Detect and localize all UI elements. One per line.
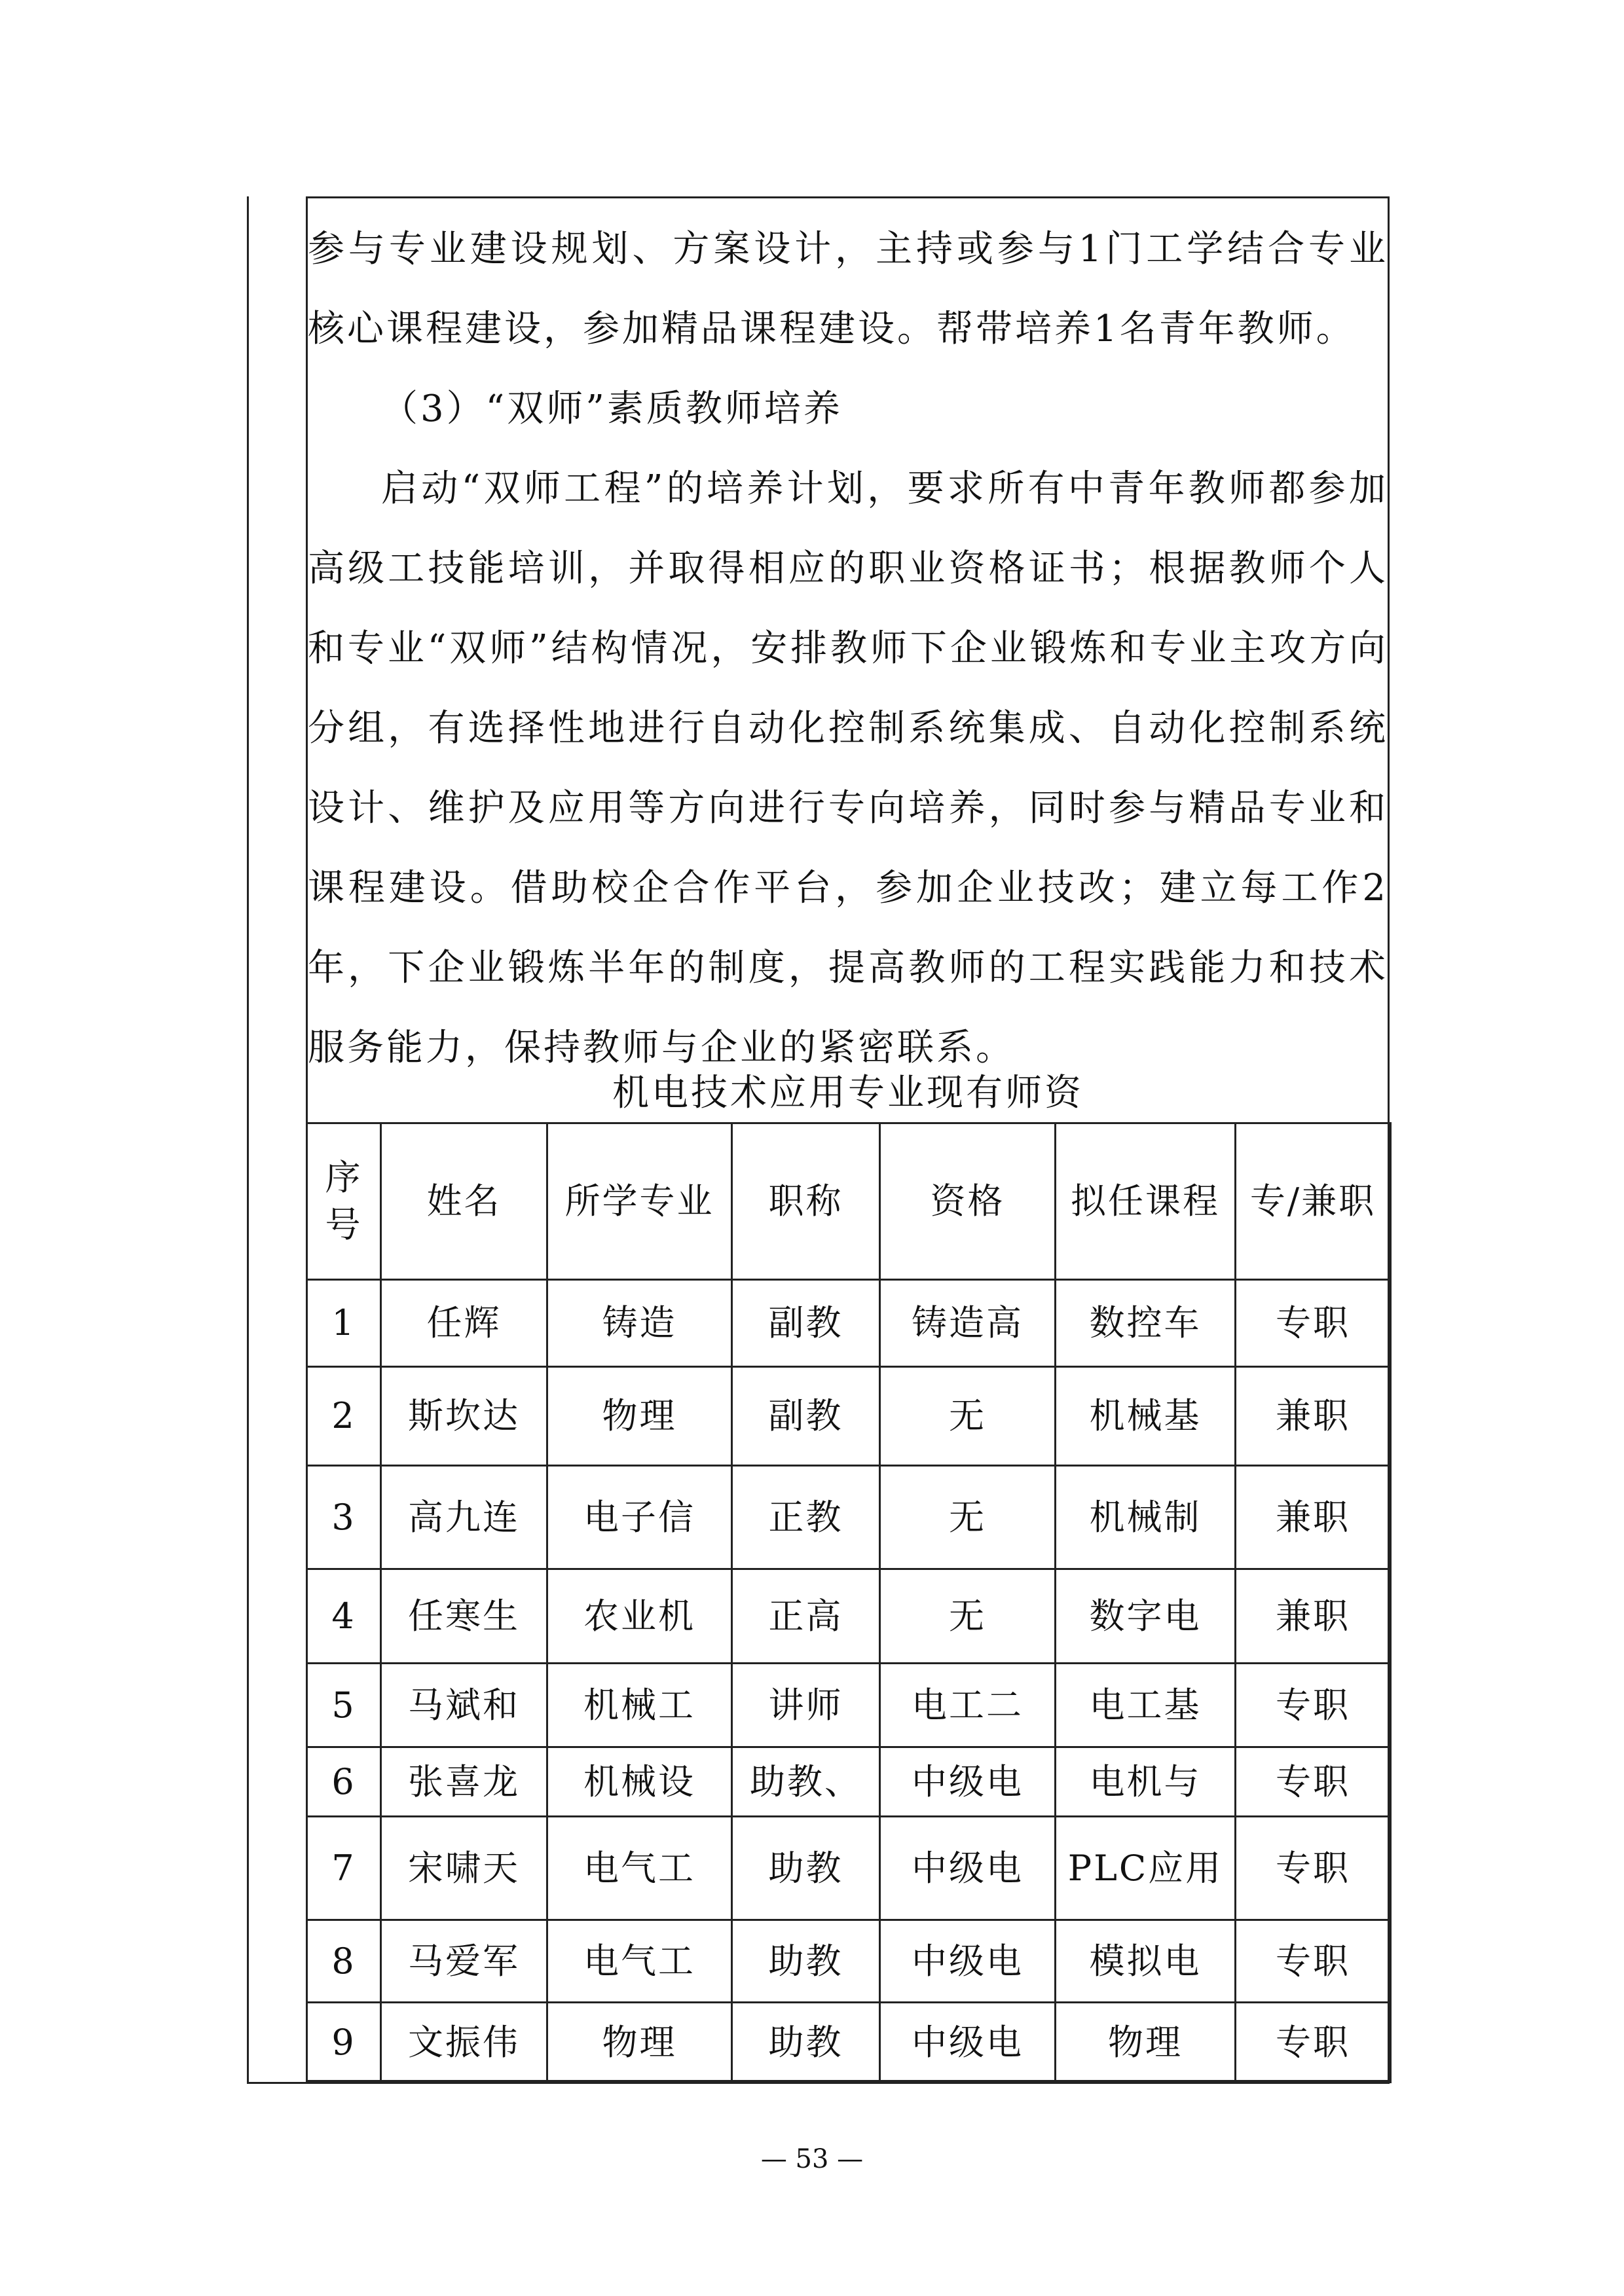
table-row: 8马爱军电气工助教中级电模拟电专职 bbox=[307, 1920, 1391, 2003]
cell: 农业机 bbox=[547, 1569, 732, 1664]
cell: 张喜龙 bbox=[381, 1747, 547, 1817]
cell: 任寒生 bbox=[381, 1569, 547, 1664]
cell: 正教 bbox=[732, 1466, 880, 1569]
cell: 副教 bbox=[732, 1367, 880, 1466]
cell: 电工二 bbox=[880, 1664, 1056, 1747]
cell: 任辉 bbox=[381, 1280, 547, 1367]
cell: 2 bbox=[307, 1367, 381, 1466]
cell: 专职 bbox=[1236, 1280, 1391, 1367]
cell: 兼职 bbox=[1236, 1466, 1391, 1569]
cell: 机械制 bbox=[1056, 1466, 1236, 1569]
cell: 物理 bbox=[547, 1367, 732, 1466]
cell: 机械设 bbox=[547, 1747, 732, 1817]
cell: 机械工 bbox=[547, 1664, 732, 1747]
cell: 6 bbox=[307, 1747, 381, 1817]
cell: 电机与 bbox=[1056, 1747, 1236, 1817]
cell: 8 bbox=[307, 1920, 381, 2003]
cell: 助教 bbox=[732, 2003, 880, 2083]
cell: 机械基 bbox=[1056, 1367, 1236, 1466]
table-row: 5马斌和机械工讲师电工二电工基专职 bbox=[307, 1664, 1391, 1747]
cell: 铸造高 bbox=[880, 1280, 1056, 1367]
header-cell: 职称 bbox=[732, 1123, 880, 1280]
section-heading: （3）“双师”素质教师培养 bbox=[308, 369, 1388, 449]
cell: 助教、 bbox=[732, 1747, 880, 1817]
cell: 无 bbox=[880, 1466, 1056, 1569]
cell: 助教 bbox=[732, 1817, 880, 1920]
cell: 专职 bbox=[1236, 1664, 1391, 1747]
cell: 中级电 bbox=[880, 2003, 1056, 2083]
table-title: 机电技术应用专业现有师资 bbox=[308, 1064, 1388, 1116]
cell: 兼职 bbox=[1236, 1569, 1391, 1664]
cell: 无 bbox=[880, 1367, 1056, 1466]
cell: 电工基 bbox=[1056, 1664, 1236, 1747]
cell: 兼职 bbox=[1236, 1367, 1391, 1466]
cell: 7 bbox=[307, 1817, 381, 1920]
cell: 数字电 bbox=[1056, 1569, 1236, 1664]
cell: 正高 bbox=[732, 1569, 880, 1664]
cell: 专职 bbox=[1236, 1920, 1391, 2003]
cell: 中级电 bbox=[880, 1817, 1056, 1920]
cell: 专职 bbox=[1236, 1747, 1391, 1817]
page-number: — 53 — bbox=[0, 2144, 1624, 2174]
header-cell: 姓名 bbox=[381, 1123, 547, 1280]
header-cell: 资格 bbox=[880, 1123, 1056, 1280]
cell: 中级电 bbox=[880, 1920, 1056, 2003]
cell: 宋啸天 bbox=[381, 1817, 547, 1920]
paragraph-1: 参与专业建设规划、方案设计，主持或参与1门工学结合专业核心课程建设，参加精品课程… bbox=[308, 210, 1388, 369]
cell: 9 bbox=[307, 2003, 381, 2083]
cell: 斯坎达 bbox=[381, 1367, 547, 1466]
cell: 1 bbox=[307, 1280, 381, 1367]
cell: 马爱军 bbox=[381, 1920, 547, 2003]
cell: 4 bbox=[307, 1569, 381, 1664]
table-header-row: 序号 姓名 所学专业 职称 资格 拟任课程 专/兼职 bbox=[307, 1123, 1391, 1280]
cell: 电子信 bbox=[547, 1466, 732, 1569]
cell: 高九连 bbox=[381, 1466, 547, 1569]
cell: 电气工 bbox=[547, 1920, 732, 2003]
cell: 助教 bbox=[732, 1920, 880, 2003]
header-cell: 所学专业 bbox=[547, 1123, 732, 1280]
cell: 中级电 bbox=[880, 1747, 1056, 1817]
table-row: 9文振伟物理助教中级电物理专职 bbox=[307, 2003, 1391, 2083]
cell: 专职 bbox=[1236, 2003, 1391, 2083]
table-row: 4任寒生农业机正高无数字电兼职 bbox=[307, 1569, 1391, 1664]
cell: 数控车 bbox=[1056, 1280, 1236, 1367]
cell: 5 bbox=[307, 1664, 381, 1747]
paragraph-2: 启动“双师工程”的培养计划，要求所有中青年教师都参加高级工技能培训，并取得相应的… bbox=[308, 449, 1388, 1088]
table-row: 3高九连电子信正教无机械制兼职 bbox=[307, 1466, 1391, 1569]
table-row: 1任辉铸造副教铸造高数控车专职 bbox=[307, 1280, 1391, 1367]
cell: 副教 bbox=[732, 1280, 880, 1367]
cell: 马斌和 bbox=[381, 1664, 547, 1747]
cell: 物理 bbox=[1056, 2003, 1236, 2083]
table-row: 6张喜龙机械设助教、中级电电机与专职 bbox=[307, 1747, 1391, 1817]
cell: 物理 bbox=[547, 2003, 732, 2083]
header-cell: 专/兼职 bbox=[1236, 1123, 1391, 1280]
cell: 电气工 bbox=[547, 1817, 732, 1920]
cell: 讲师 bbox=[732, 1664, 880, 1747]
cell: 模拟电 bbox=[1056, 1920, 1236, 2003]
table-row: 7宋啸天电气工助教中级电PLC应用专职 bbox=[307, 1817, 1391, 1920]
header-cell: 序号 bbox=[307, 1123, 381, 1280]
left-margin-line bbox=[247, 196, 249, 2083]
cell: PLC应用 bbox=[1056, 1817, 1236, 1920]
cell: 文振伟 bbox=[381, 2003, 547, 2083]
faculty-table: 序号 姓名 所学专业 职称 资格 拟任课程 专/兼职 1任辉铸造副教铸造高数控车… bbox=[306, 1122, 1392, 2083]
cell: 3 bbox=[307, 1466, 381, 1569]
header-cell: 拟任课程 bbox=[1056, 1123, 1236, 1280]
cell: 铸造 bbox=[547, 1280, 732, 1367]
table-row: 2斯坎达物理副教无机械基兼职 bbox=[307, 1367, 1391, 1466]
cell: 无 bbox=[880, 1569, 1056, 1664]
cell: 专职 bbox=[1236, 1817, 1391, 1920]
